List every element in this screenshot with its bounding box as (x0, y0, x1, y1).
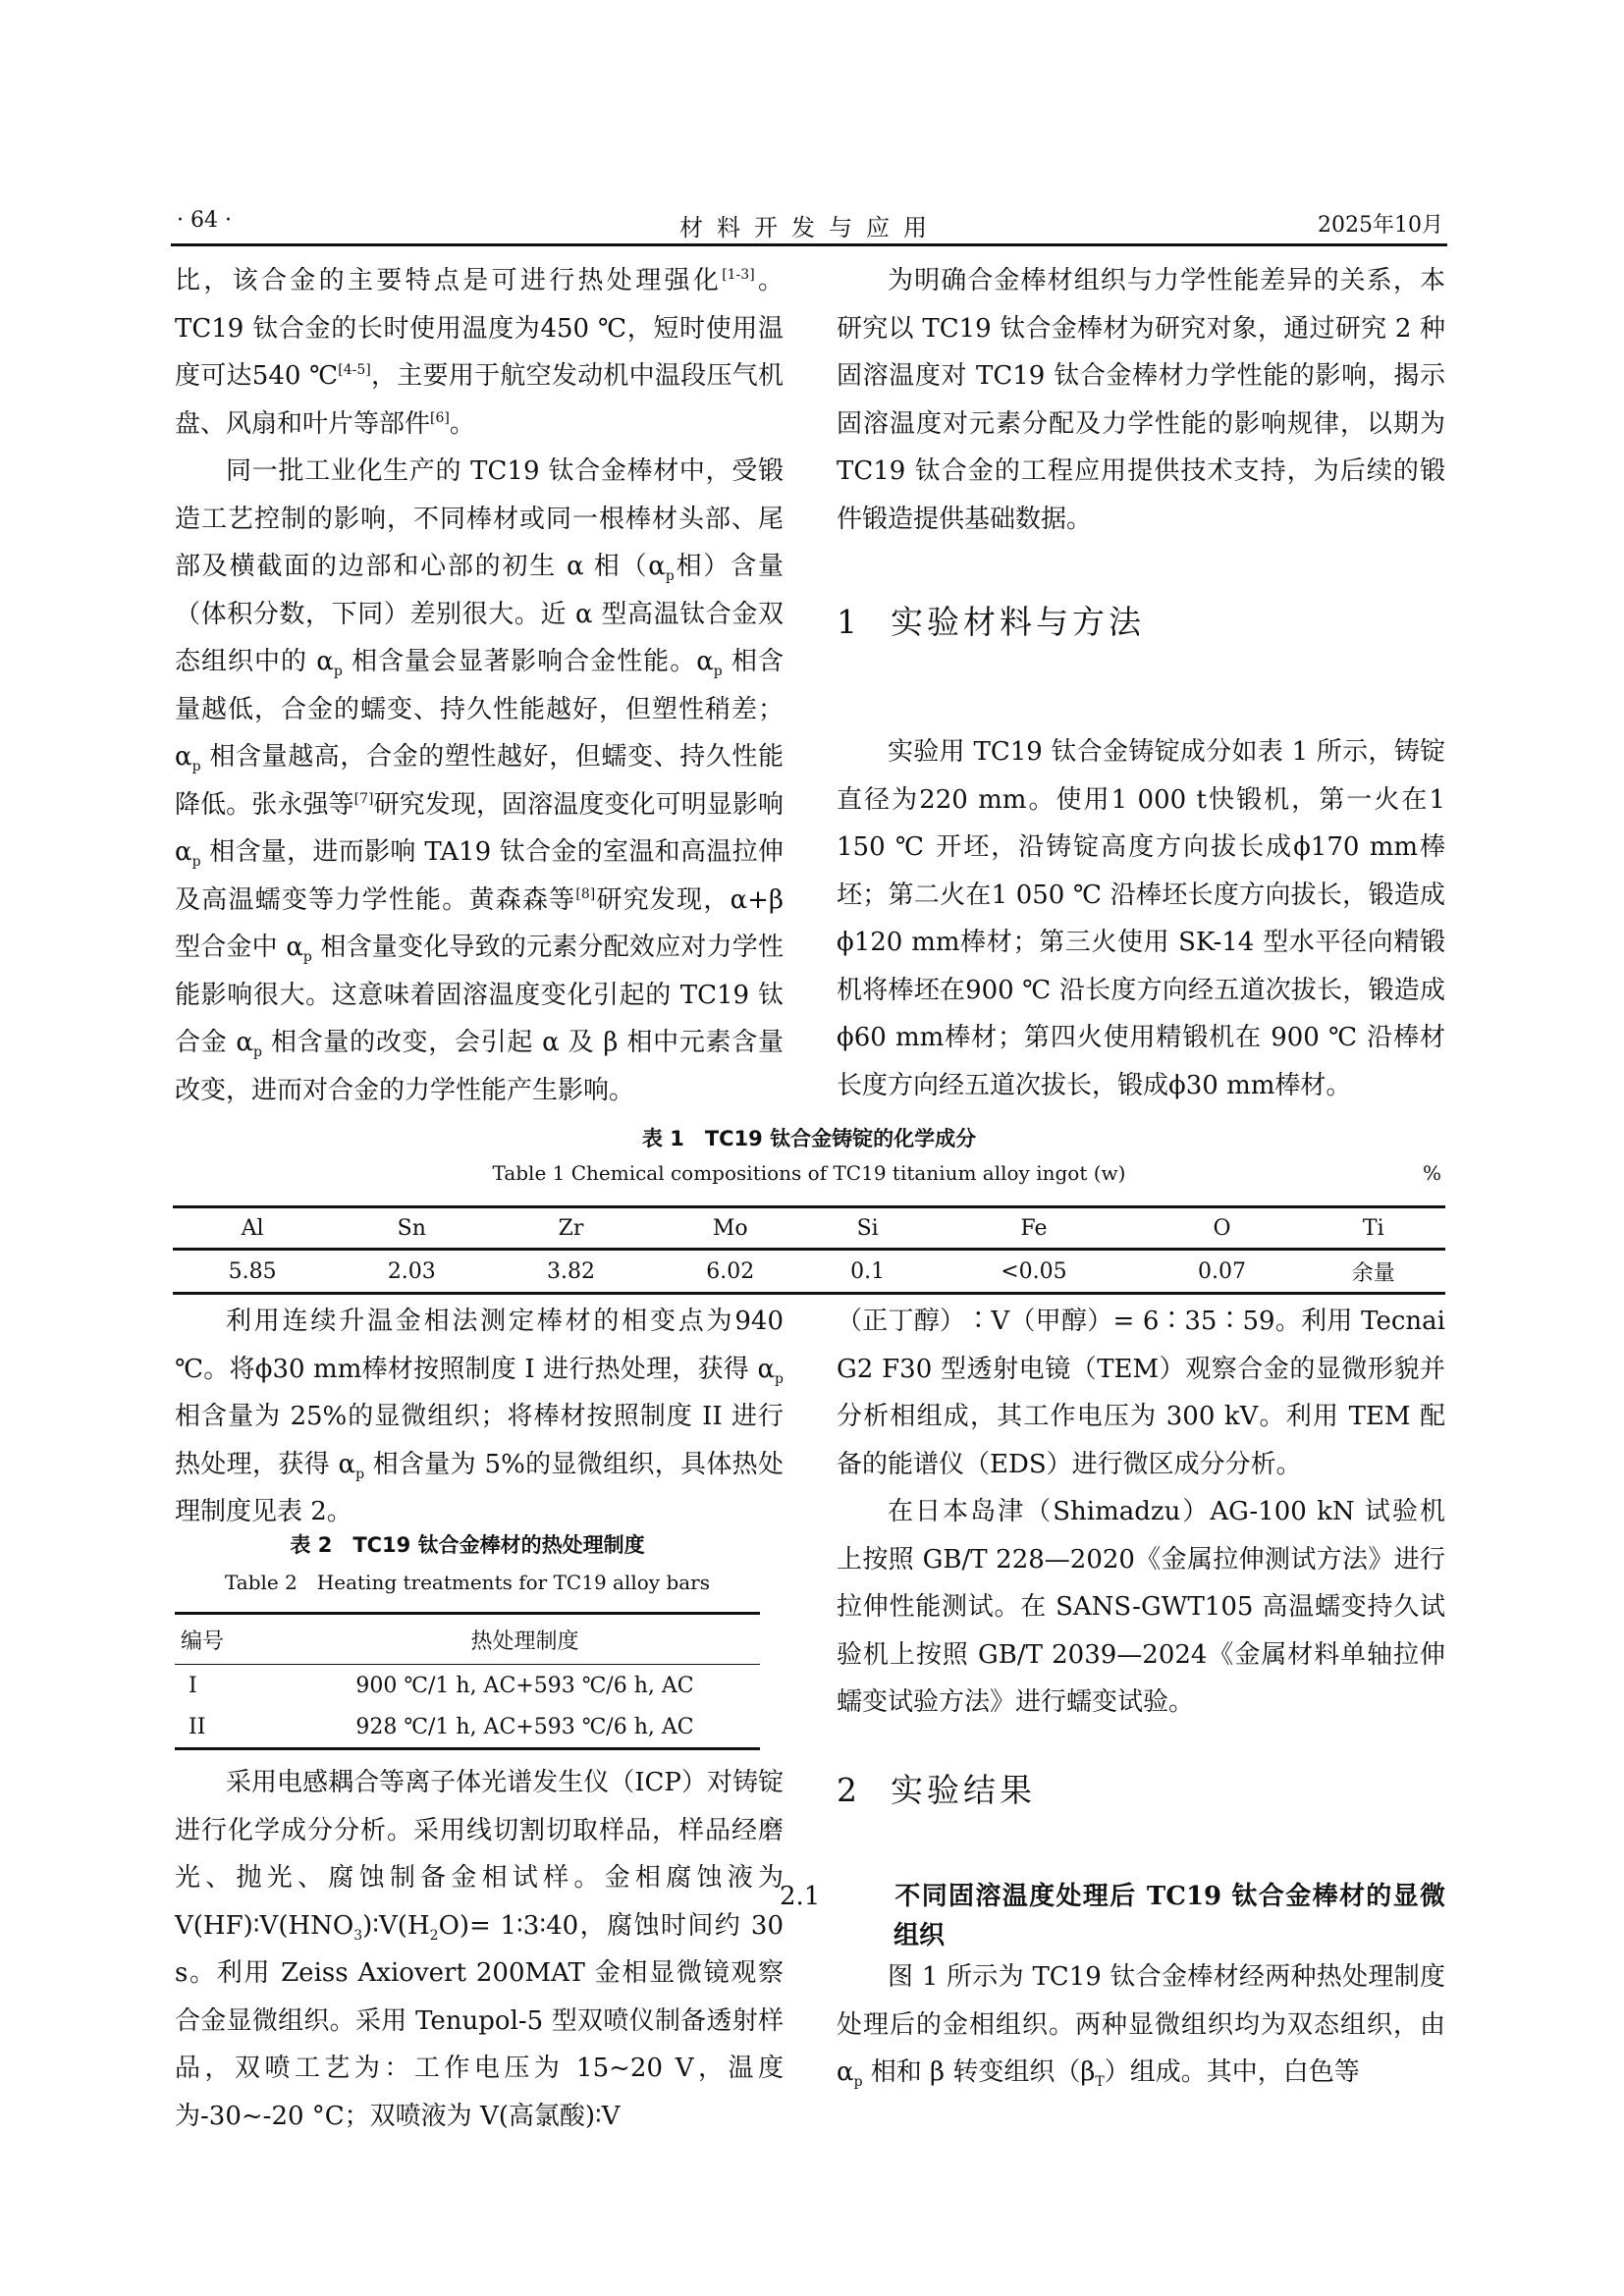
left-column-bottom: 采用电感耦合等离子体光谱发生仪（ICP）对铸锭进行化学成分分析。采用线切割切取样… (175, 1759, 784, 2140)
table1-unit: % (1423, 1161, 1441, 1185)
right-column-lower: （正丁醇）∶V（甲醇）= 6∶35∶59。利用 Tecnai G2 F30 型透… (837, 1298, 1445, 1727)
subsection-heading-2-1: 2.1不同固溶温度处理后 TC19 钛合金棒材的显微组织 (837, 1877, 1445, 1955)
table1-caption-cn: 表 1 TC19 钛合金铸锭的化学成分 (173, 1123, 1445, 1152)
table2-block: 表 2 TC19 钛合金棒材的热处理制度 Table 2 Heating tre… (175, 1527, 760, 1750)
table-row: II 928 ℃/1 h, AC+593 ℃/6 h, AC (175, 1706, 760, 1749)
left-column-upper: 比，该合金的主要特点是可进行热处理强化[1-3]。TC19 钛合金的长时使用温度… (175, 257, 784, 1114)
paragraph: 利用连续升温金相法测定棒材的相变点为940 ℃。将ϕ30 mm棒材按照制度 I … (175, 1298, 784, 1536)
issue-date: 2025年10月 (1318, 208, 1443, 239)
citation: [8] (575, 886, 595, 902)
header-rule (171, 243, 1447, 246)
citation: [4-5] (338, 362, 370, 378)
running-header: · 64 · 材料开发与应用 2025年10月 (177, 208, 1443, 247)
section-heading-2: 2实验结果 (837, 1767, 1445, 1815)
citation: [7] (354, 791, 374, 807)
journal-title: 材料开发与应用 (177, 208, 1443, 242)
table2-caption-en: Table 2 Heating treatments for TC19 allo… (175, 1563, 760, 1602)
table1-chemical-composition: Al Sn Zr Mo Si Fe O Ti 5.85 2.03 3.82 6.… (173, 1205, 1445, 1295)
citation: [1-3] (722, 267, 754, 283)
section-heading-1: 1实验材料与方法 (837, 599, 1445, 647)
paragraph: 在日本岛津（Shimadzu）AG-100 kN 试验机上按照 GB/T 228… (837, 1488, 1445, 1727)
table1-caption-en: Table 1 Chemical compositions of TC19 ti… (173, 1161, 1445, 1185)
citation: [6] (430, 410, 450, 426)
paragraph: （正丁醇）∶V（甲醇）= 6∶35∶59。利用 Tecnai G2 F30 型透… (837, 1298, 1445, 1488)
paragraph: 同一批工业化生产的 TC19 钛合金棒材中，受锻造工艺控制的影响，不同棒材或同一… (175, 448, 784, 1114)
table-header-row: Al Sn Zr Mo Si Fe O Ti (173, 1207, 1445, 1250)
table-row: 5.85 2.03 3.82 6.02 0.1 <0.05 0.07 余量 (173, 1250, 1445, 1294)
paragraph: 为明确合金棒材组织与力学性能差异的关系，本研究以 TC19 钛合金棒材为研究对象… (837, 257, 1445, 543)
table2-caption-cn: 表 2 TC19 钛合金棒材的热处理制度 (175, 1527, 760, 1563)
table2-heat-treatment: 编号 热处理制度 I 900 ℃/1 h, AC+593 ℃/6 h, AC I… (175, 1612, 760, 1750)
left-column-lower: 利用连续升温金相法测定棒材的相变点为940 ℃。将ϕ30 mm棒材按照制度 I … (175, 1298, 784, 1536)
paragraph: 实验用 TC19 钛合金铸锭成分如表 1 所示，铸锭直径为220 mm。使用1 … (837, 728, 1445, 1109)
paragraph: 比，该合金的主要特点是可进行热处理强化[1-3]。TC19 钛合金的长时使用温度… (175, 257, 784, 448)
right-column-materials: 实验用 TC19 钛合金铸锭成分如表 1 所示，铸锭直径为220 mm。使用1 … (837, 728, 1445, 1109)
table-header-row: 编号 热处理制度 (175, 1614, 760, 1665)
paragraph: 采用电感耦合等离子体光谱发生仪（ICP）对铸锭进行化学成分分析。采用线切割切取样… (175, 1759, 784, 2140)
table-row: I 900 ℃/1 h, AC+593 ℃/6 h, AC (175, 1665, 760, 1707)
right-column-upper: 为明确合金棒材组织与力学性能差异的关系，本研究以 TC19 钛合金棒材为研究对象… (837, 257, 1445, 543)
paragraph: 图 1 所示为 TC19 钛合金棒材经两种热处理制度处理后的金相组织。两种显微组… (837, 1953, 1445, 2097)
right-column-results: 图 1 所示为 TC19 钛合金棒材经两种热处理制度处理后的金相组织。两种显微组… (837, 1953, 1445, 2097)
